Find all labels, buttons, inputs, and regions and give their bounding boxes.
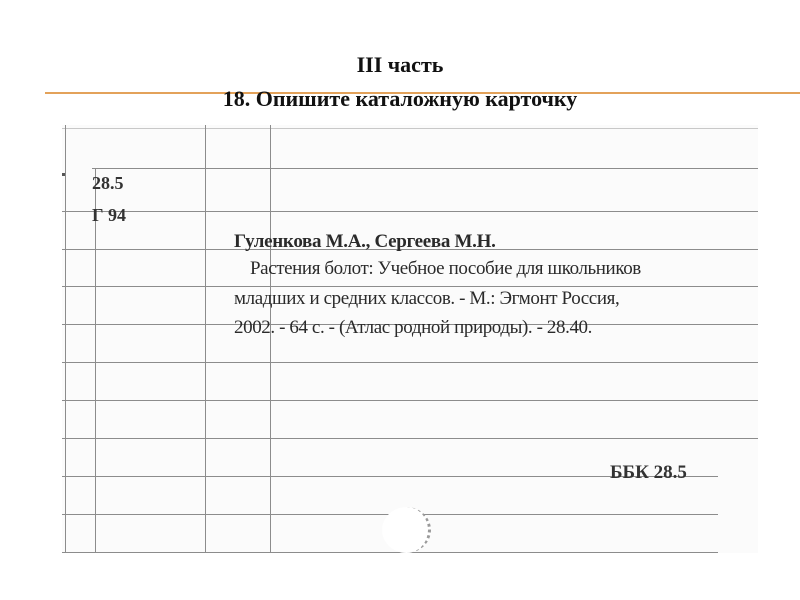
description-line: младших и средних классов. - М.: Эгмонт …: [234, 288, 619, 310]
ruled-line: [62, 400, 758, 401]
ruled-line: [62, 128, 758, 129]
description-line: 2002. - 64 с. - (Атлас родной природы). …: [234, 317, 592, 339]
description-line: Растения болот: Учебное пособие для школ…: [250, 258, 641, 280]
margin-line: [205, 125, 206, 553]
scan-mark: [62, 173, 65, 176]
author-mark: Г 94: [92, 205, 126, 226]
bbk-index: ББК 28.5: [610, 462, 687, 484]
ruled-line: [62, 552, 718, 553]
ruled-line: [62, 211, 758, 212]
ruled-line: [62, 438, 758, 439]
card-authors: Гуленкова М.А., Сергеева М.Н.: [234, 231, 496, 253]
classification-index: 28.5: [92, 173, 124, 194]
catalog-card: 28.5 Г 94 Гуленкова М.А., Сергеева М.Н. …: [62, 125, 758, 553]
task-title: 18. Опишите каталожную карточку: [0, 86, 800, 112]
ruled-line: [92, 168, 758, 169]
ruled-line: [62, 362, 758, 363]
hole-punch-icon: [382, 507, 431, 553]
section-title: III часть: [0, 52, 800, 78]
margin-line: [270, 125, 271, 553]
margin-line: [65, 125, 66, 553]
ruled-line: [62, 286, 758, 287]
